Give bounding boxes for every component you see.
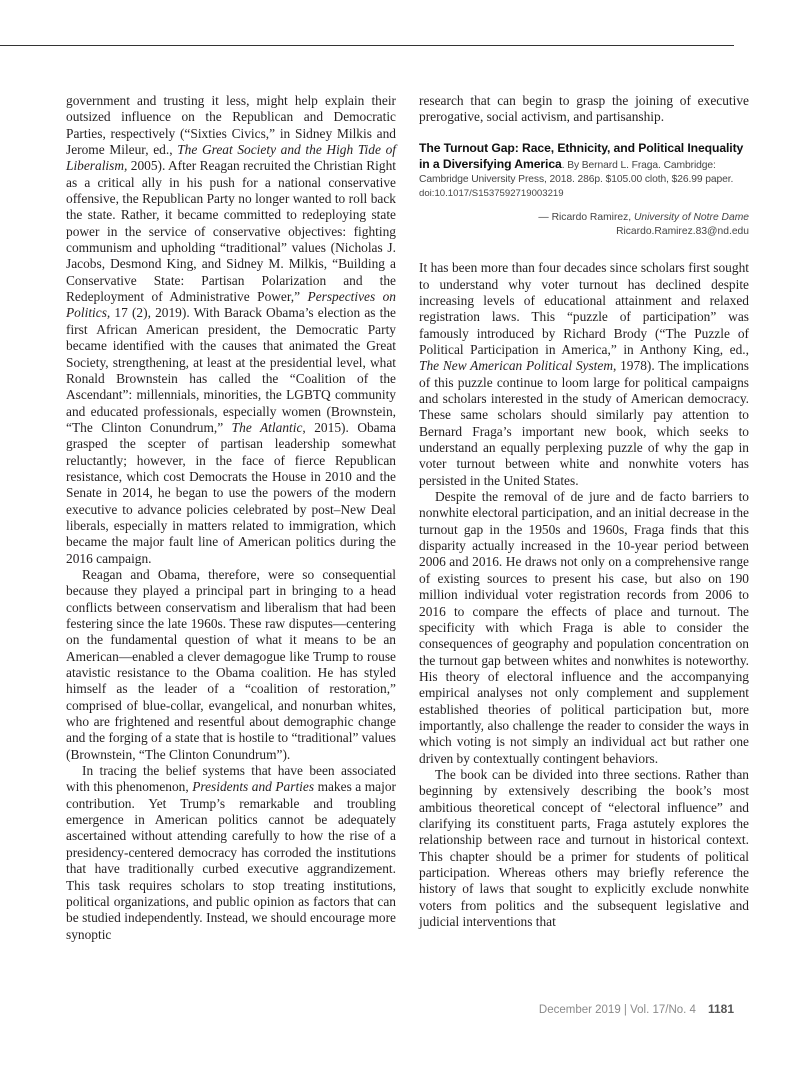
- doi: doi:10.1017/S1537592719003219: [419, 187, 749, 201]
- reviewer-name-line: — Ricardo Ramirez, University of Notre D…: [419, 211, 749, 225]
- header-rule: [0, 45, 734, 46]
- text-run: , 2015). Obama grasped the scepter of pa…: [66, 420, 396, 566]
- book-author: . By Bernard L. Fraga.: [562, 160, 661, 171]
- italic-title: The New American Political System: [419, 358, 613, 373]
- paragraph: It has been more than four decades since…: [419, 260, 749, 489]
- italic-title: The Atlantic: [232, 420, 303, 435]
- page-number: 1181: [708, 1002, 734, 1016]
- paragraph: In tracing the belief systems that have …: [66, 763, 396, 943]
- right-column: research that can begin to grasp the joi…: [419, 93, 749, 930]
- book-review-header: The Turnout Gap: Race, Ethnicity, and Po…: [419, 141, 749, 202]
- paragraph: Despite the removal of de jure and de fa…: [419, 489, 749, 767]
- lead-paragraph: research that can begin to grasp the joi…: [419, 93, 749, 126]
- text-run: Reagan and Obama, therefore, were so con…: [66, 567, 396, 762]
- page-footer: December 2019 | Vol. 17/No. 41181: [539, 1002, 734, 1016]
- paragraph: Reagan and Obama, therefore, were so con…: [66, 567, 396, 763]
- text-run: Despite the removal of de jure and de fa…: [419, 489, 749, 766]
- paragraph: government and trusting it less, might h…: [66, 93, 396, 567]
- issue-info: December 2019 | Vol. 17/No. 4: [539, 1004, 696, 1016]
- text-run: , 1978). The implications of this puzzle…: [419, 358, 749, 487]
- text-run: 17 (2), 2019). With Barack Obama’s elect…: [66, 305, 396, 434]
- text-run: The book can be divided into three secti…: [419, 767, 749, 929]
- reviewer-block: — Ricardo Ramirez, University of Notre D…: [419, 211, 749, 239]
- text-run: makes a major contribution. Yet Trump’s …: [66, 779, 396, 941]
- book-citation: The Turnout Gap: Race, Ethnicity, and Po…: [419, 141, 749, 188]
- reviewer-name: — Ricardo Ramirez,: [538, 212, 634, 223]
- left-column: government and trusting it less, might h…: [66, 93, 396, 943]
- reviewer-affiliation: University of Notre Dame: [634, 212, 749, 223]
- text-run: It has been more than four decades since…: [419, 260, 749, 357]
- text-run: 2005). After Reagan recruited the Christ…: [66, 158, 396, 304]
- paragraph: The book can be divided into three secti…: [419, 767, 749, 930]
- italic-title: Presidents and Parties: [192, 779, 314, 794]
- reviewer-email[interactable]: Ricardo.Ramirez.83@nd.edu: [419, 225, 749, 239]
